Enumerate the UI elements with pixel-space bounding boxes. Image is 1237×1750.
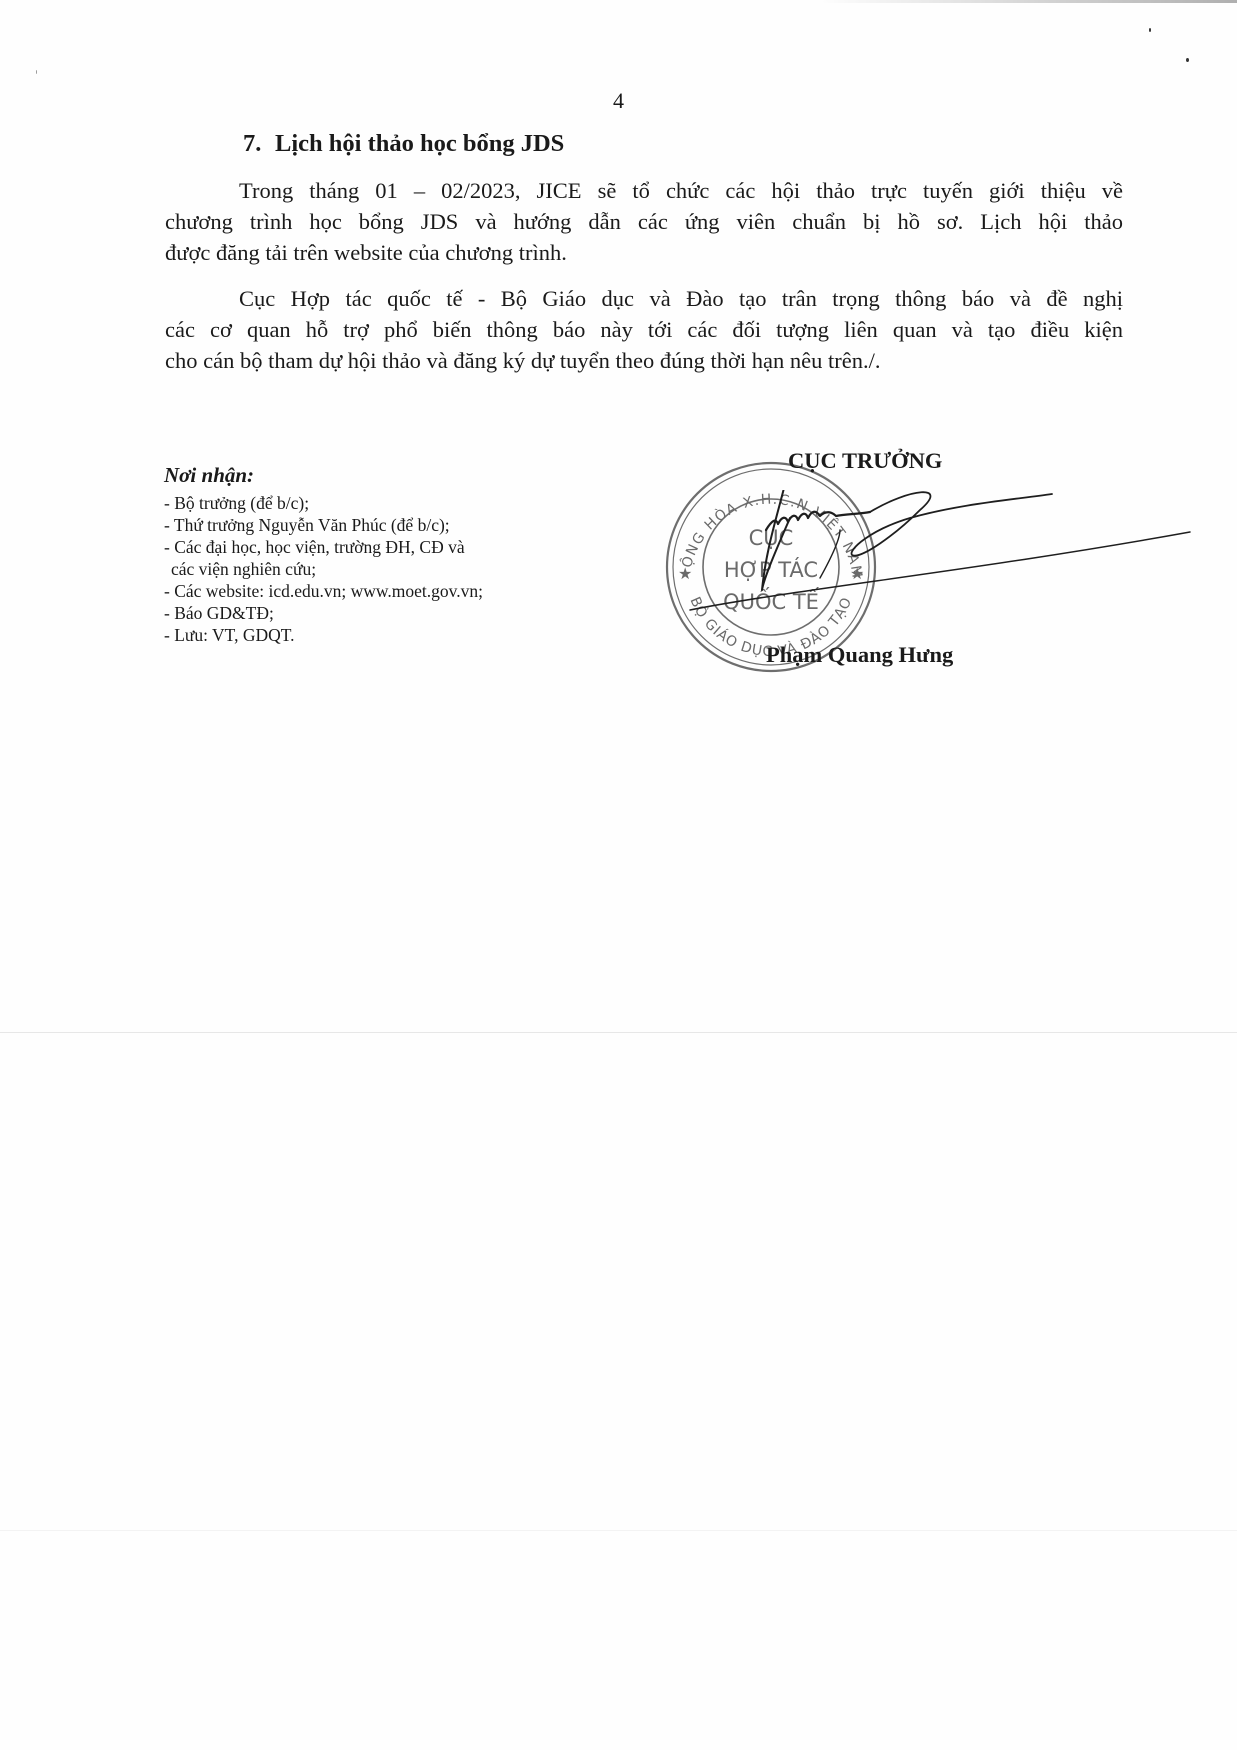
signer-title: CỤC TRƯỞNG [788, 448, 942, 474]
paragraph-line: Trong tháng 01 – 02/2023, JICE sẽ tổ chứ… [165, 175, 1123, 206]
recipient-item: - Các đại học, học viện, trường ĐH, CĐ v… [164, 536, 483, 558]
paragraph-line: Cục Hợp tác quốc tế - Bộ Giáo dục và Đào… [165, 283, 1123, 314]
scan-speck [1186, 58, 1189, 62]
handwritten-signature [680, 490, 1200, 650]
recipient-item: - Báo GD&TĐ; [164, 602, 483, 624]
section-heading: 7.Lịch hội thảo học bổng JDS [243, 130, 564, 158]
section-number: 7. [243, 130, 275, 158]
paragraph-line: được đăng tải trên website của chương tr… [165, 237, 1123, 268]
recipient-item: - Bộ trưởng (để b/c); [164, 492, 483, 514]
paragraph-line: chương trình học bổng JDS và hướng dẫn c… [165, 206, 1123, 237]
section-title: Lịch hội thảo học bổng JDS [275, 130, 564, 157]
signer-name: Phạm Quang Hưng [766, 642, 953, 668]
show-through-line [0, 1530, 1237, 1531]
scan-speck [1149, 28, 1151, 32]
recipients-list: Nơi nhận: - Bộ trưởng (để b/c); - Thứ tr… [164, 464, 483, 646]
recipient-item: - Lưu: VT, GDQT. [164, 624, 483, 646]
scan-edge-shadow [820, 0, 1237, 3]
recipient-item: - Thứ trưởng Nguyễn Văn Phúc (để b/c); [164, 514, 483, 536]
paragraph-closing: Cục Hợp tác quốc tế - Bộ Giáo dục và Đào… [165, 283, 1123, 376]
recipient-item: - Các website: icd.edu.vn; www.moet.gov.… [164, 580, 483, 602]
recipients-title: Nơi nhận: [164, 464, 483, 486]
scan-speck [36, 70, 37, 74]
show-through-line [0, 1032, 1237, 1033]
paragraph-line: cho cán bộ tham dự hội thảo và đăng ký d… [165, 345, 1123, 376]
document-page: 4 7.Lịch hội thảo học bổng JDS Trong thá… [0, 0, 1237, 1750]
paragraph-line: các cơ quan hỗ trợ phổ biến thông báo nà… [165, 314, 1123, 345]
page-number: 4 [0, 88, 1237, 114]
recipient-item: các viện nghiên cứu; [164, 558, 483, 580]
paragraph-workshop-schedule: Trong tháng 01 – 02/2023, JICE sẽ tổ chứ… [165, 175, 1123, 268]
